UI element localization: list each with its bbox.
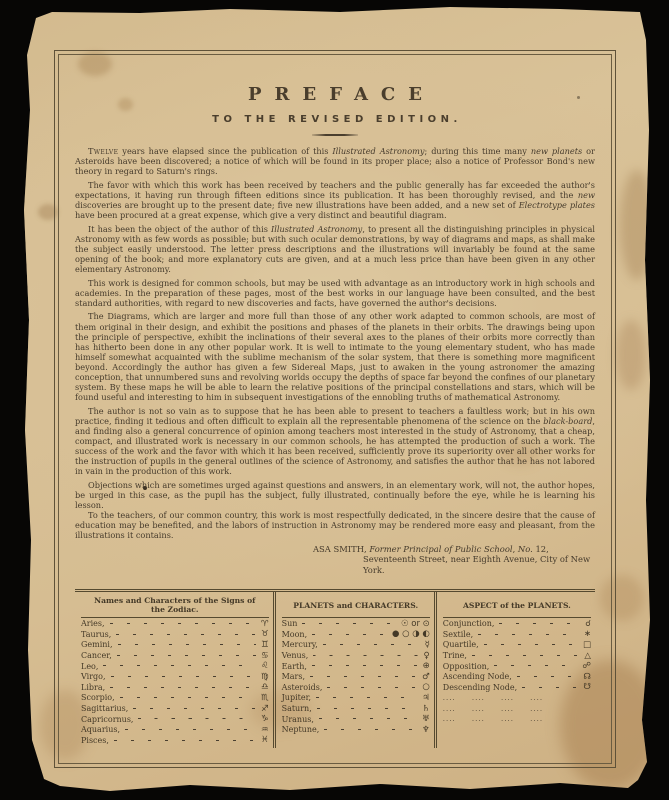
table-column-aspects: ASPECT of the PLANETS. Conjunction,☌Sext… bbox=[434, 592, 595, 747]
paper-stain bbox=[616, 320, 646, 390]
dotted-leader bbox=[111, 676, 256, 678]
text-segment: Twelve bbox=[88, 146, 118, 156]
row-label: Ascending Node, bbox=[443, 672, 512, 681]
preface-body: Twelve years have elapsed since the publ… bbox=[75, 146, 595, 540]
dotted-leader bbox=[517, 676, 579, 678]
signature-line-2: Seventeenth Street, near Eighth Avenue, … bbox=[363, 554, 595, 575]
row-symbol: ♊ bbox=[261, 640, 269, 650]
column-rows-planets: Sun☉ or ⊙Moon,● ○ ◑ ◐Mercury,☿Venus,♀Ear… bbox=[282, 618, 430, 735]
dotted-leader bbox=[125, 729, 256, 731]
row-label: Venus, bbox=[282, 651, 309, 660]
row-symbol: ♋ bbox=[261, 651, 269, 661]
paper-sheet: PREFACE TO THE REVISED EDITION. Twelve y… bbox=[0, 0, 669, 800]
table-row: Sextile,∗ bbox=[443, 629, 591, 640]
dotted-leader bbox=[133, 708, 256, 710]
row-label: Sextile, bbox=[443, 630, 473, 639]
row-symbol: ♄ bbox=[422, 704, 430, 714]
table-column-zodiac: Names and Characters of the Signs of the… bbox=[75, 592, 273, 747]
page-subtitle: TO THE REVISED EDITION. bbox=[75, 114, 595, 125]
table-row: Pisces,♓ bbox=[81, 735, 269, 746]
row-label: Pisces, bbox=[81, 736, 109, 745]
table-row: Virgo,♍ bbox=[81, 671, 269, 682]
row-label: Opposition, bbox=[443, 662, 490, 671]
row-label: Descending Node, bbox=[443, 683, 517, 692]
row-symbol: ♍ bbox=[261, 672, 269, 682]
page-border-frame: PREFACE TO THE REVISED EDITION. Twelve y… bbox=[54, 50, 616, 768]
row-symbol: ♐ bbox=[261, 704, 269, 714]
dotted-leader bbox=[302, 623, 396, 625]
row-symbol: ♎ bbox=[261, 682, 269, 692]
preface-paragraph: It has been the object of the author of … bbox=[75, 224, 595, 274]
row-label: Jupiter, bbox=[282, 693, 311, 702]
text-segment: new bbox=[578, 190, 595, 200]
table-row: Jupiter,♃ bbox=[282, 693, 430, 704]
text-segment: ; during this time many bbox=[425, 146, 531, 156]
row-label: Cancer, bbox=[81, 651, 112, 660]
signature-line-1: ASA SMITH, Former Principal of Public Sc… bbox=[313, 544, 595, 555]
row-label: Virgo, bbox=[81, 672, 106, 681]
table-row: Capricornus,♑ bbox=[81, 714, 269, 725]
row-label: Mercury, bbox=[282, 640, 318, 649]
row-symbol: ☉ or ⊙ bbox=[401, 619, 430, 629]
row-symbol: ☍ bbox=[582, 661, 591, 671]
table-row: Conjunction,☌ bbox=[443, 618, 591, 629]
table-column-planets: PLANETS and CHARACTERS. Sun☉ or ⊙Moon,● … bbox=[273, 592, 434, 747]
row-label: Libra, bbox=[81, 683, 105, 692]
row-symbol: ☊ bbox=[583, 672, 591, 682]
row-label: Earth, bbox=[282, 662, 307, 671]
text-segment: new planets bbox=[531, 146, 582, 156]
dotted-leader bbox=[499, 623, 580, 625]
preface-paragraph: Objections which are sometimes urged aga… bbox=[75, 480, 595, 510]
table-row: Scorpio,♏ bbox=[81, 693, 269, 704]
row-label: Taurus, bbox=[81, 630, 111, 639]
preface-paragraph: The favor with which this work has been … bbox=[75, 180, 595, 220]
dotted-leader bbox=[316, 697, 417, 699]
dotted-leader bbox=[313, 655, 418, 657]
row-symbol: ∗ bbox=[584, 629, 591, 639]
dotted-leader bbox=[103, 665, 256, 667]
text-segment: It has been the object of the author of … bbox=[88, 224, 271, 234]
dotted-leader bbox=[494, 665, 577, 667]
row-symbol: ♆ bbox=[422, 725, 430, 735]
table-row: Libra,♎ bbox=[81, 682, 269, 693]
row-label: Saturn, bbox=[282, 704, 312, 713]
dotted-leader bbox=[118, 644, 256, 646]
text-segment: have been procured at a great expense, w… bbox=[75, 210, 447, 220]
row-label: Conjunction, bbox=[443, 619, 495, 628]
table-row: Descending Node,☋ bbox=[443, 682, 591, 693]
dotted-leader bbox=[323, 644, 420, 646]
dotted-leader bbox=[327, 686, 417, 688]
table-row: Mars,♂ bbox=[282, 671, 430, 682]
column-rows-aspects: Conjunction,☌Sextile,∗Quartile,□Trine,△O… bbox=[443, 618, 591, 724]
table-row: Saturn,♄ bbox=[282, 703, 430, 714]
row-label: Sun bbox=[282, 619, 298, 628]
table-row: Gemini,♊ bbox=[81, 640, 269, 651]
table-row: Aries,♈ bbox=[81, 618, 269, 629]
dotted-leader bbox=[117, 655, 256, 657]
row-symbol: ⊕ bbox=[423, 661, 430, 671]
paper-stain bbox=[620, 170, 654, 280]
text-segment: Electrotype plates bbox=[519, 200, 595, 210]
text-segment: Illustrated Astronomy bbox=[271, 224, 362, 234]
preface-paragraph: The Diagrams, which are larger and more … bbox=[75, 311, 595, 402]
preface-paragraph: Twelve years have elapsed since the publ… bbox=[75, 146, 595, 176]
text-segment: Illustrated Astronomy bbox=[332, 146, 424, 156]
table-row: Uranus,♅ bbox=[282, 714, 430, 725]
column-header-aspects: ASPECT of the PLANETS. bbox=[443, 592, 591, 618]
dotted-leader bbox=[114, 739, 256, 741]
dotted-leader bbox=[120, 697, 256, 699]
dotted-leader bbox=[110, 686, 256, 688]
dotted-leader bbox=[312, 665, 418, 667]
table-row: Aquarius,♒ bbox=[81, 724, 269, 735]
text-segment: years have elapsed since the publication… bbox=[118, 146, 332, 156]
table-row: Trine,△ bbox=[443, 650, 591, 661]
row-symbol: ♉ bbox=[261, 629, 269, 639]
row-symbol: ☋ bbox=[583, 682, 591, 692]
text-segment: To the teachers, of our common country, … bbox=[75, 510, 595, 540]
table-row: Opposition,☍ bbox=[443, 661, 591, 672]
row-symbol: ♏ bbox=[261, 693, 269, 703]
table-row: Sun☉ or ⊙ bbox=[282, 618, 430, 629]
row-symbol: ☿ bbox=[425, 640, 430, 650]
text-segment: This work is designed for common schools… bbox=[75, 278, 595, 308]
row-label: Scorpio, bbox=[81, 693, 115, 702]
row-symbol: □ bbox=[583, 640, 591, 650]
dotted-leader bbox=[319, 718, 417, 720]
row-label: Moon, bbox=[282, 630, 308, 639]
row-symbol: ♈ bbox=[261, 619, 269, 629]
row-label: Quartile, bbox=[443, 640, 479, 649]
title-divider bbox=[312, 134, 358, 136]
dotted-leader bbox=[472, 655, 579, 657]
page-content: PREFACE TO THE REVISED EDITION. Twelve y… bbox=[60, 56, 610, 762]
row-symbol: ♃ bbox=[422, 693, 430, 703]
dotted-leader bbox=[324, 729, 417, 731]
row-symbol: ☌ bbox=[585, 619, 591, 629]
text-segment: No. bbox=[518, 544, 533, 554]
dotted-leader bbox=[317, 708, 417, 710]
row-symbol: ♌ bbox=[261, 661, 269, 671]
dotted-leader bbox=[116, 633, 256, 635]
table-row: .... .... .... .... bbox=[443, 693, 591, 704]
table-row: Venus,♀ bbox=[282, 650, 430, 661]
table-row: .... .... .... .... bbox=[443, 703, 591, 714]
table-row: Quartile,□ bbox=[443, 640, 591, 651]
row-label: Uranus, bbox=[282, 715, 314, 724]
table-row: Asteroids,○ bbox=[282, 682, 430, 693]
row-label: Mars, bbox=[282, 672, 305, 681]
table-row: Taurus,♉ bbox=[81, 629, 269, 640]
table-row: .... .... .... .... bbox=[443, 714, 591, 725]
text-segment: Objections which are sometimes urged aga… bbox=[75, 480, 595, 510]
text-segment: 12, bbox=[533, 544, 549, 554]
row-label: Aquarius, bbox=[81, 725, 120, 734]
row-label: Gemini, bbox=[81, 640, 113, 649]
row-symbol: ♑ bbox=[261, 714, 269, 724]
row-symbol: ● ○ ◑ ◐ bbox=[392, 629, 430, 639]
column-rows-zodiac: Aries,♈Taurus,♉Gemini,♊Cancer,♋Leo,♌Virg… bbox=[81, 618, 269, 745]
row-symbol: △ bbox=[584, 651, 591, 661]
row-symbol: ○ bbox=[422, 682, 429, 692]
row-symbol: ♅ bbox=[422, 714, 430, 724]
table-row: Leo,♌ bbox=[81, 661, 269, 672]
text-segment: discoveries are brought up to the presen… bbox=[75, 200, 519, 210]
dedication-signature: ASA SMITH, Former Principal of Public Sc… bbox=[75, 544, 595, 576]
dotted-leader bbox=[312, 633, 387, 635]
table-row: Neptune,♆ bbox=[282, 724, 430, 735]
text-segment: ASA SMITH, bbox=[313, 544, 369, 554]
text-segment: The Diagrams, which are larger and more … bbox=[75, 311, 595, 402]
row-symbol: ♂ bbox=[422, 672, 430, 682]
table-row: Moon,● ○ ◑ ◐ bbox=[282, 629, 430, 640]
row-label: Neptune, bbox=[282, 725, 320, 734]
row-label: Trine, bbox=[443, 651, 467, 660]
text-segment: Former Principal of Public School bbox=[369, 544, 512, 554]
dotted-leader bbox=[522, 686, 578, 688]
row-label: Leo, bbox=[81, 662, 98, 671]
table-row: Earth,⊕ bbox=[282, 661, 430, 672]
dotted-leader bbox=[310, 676, 417, 678]
dotted-leader bbox=[484, 644, 578, 646]
preface-paragraph: This work is designed for common schools… bbox=[75, 278, 595, 308]
table-row: Mercury,☿ bbox=[282, 640, 430, 651]
reference-table: Names and Characters of the Signs of the… bbox=[75, 589, 595, 747]
dotted-leader bbox=[478, 633, 579, 635]
photographed-book-page: PREFACE TO THE REVISED EDITION. Twelve y… bbox=[0, 0, 669, 800]
text-segment: The author is not so vain as to suppose … bbox=[75, 406, 595, 426]
row-label: Capricornus, bbox=[81, 715, 133, 724]
preface-paragraph: To the teachers, of our common country, … bbox=[75, 510, 595, 540]
table-row: Sagittarius,♐ bbox=[81, 703, 269, 714]
row-symbol: ♒ bbox=[261, 725, 269, 735]
dotted-leader bbox=[138, 718, 256, 720]
dotted-leader bbox=[110, 623, 256, 625]
table-row: Ascending Node,☊ bbox=[443, 671, 591, 682]
row-symbol: ♀ bbox=[424, 651, 430, 661]
row-symbol: ♓ bbox=[261, 735, 269, 745]
row-label: Sagittarius, bbox=[81, 704, 128, 713]
row-label: Asteroids, bbox=[282, 683, 323, 692]
text-segment: black-board bbox=[543, 416, 592, 426]
table-row: Cancer,♋ bbox=[81, 650, 269, 661]
text-segment: The favor with which this work has been … bbox=[75, 180, 595, 200]
page-title: PREFACE bbox=[75, 84, 595, 105]
row-label: Aries, bbox=[81, 619, 105, 628]
column-header-planets: PLANETS and CHARACTERS. bbox=[282, 592, 430, 618]
column-header-zodiac: Names and Characters of the Signs of the… bbox=[81, 592, 269, 618]
preface-paragraph: The author is not so vain as to suppose … bbox=[75, 406, 595, 477]
